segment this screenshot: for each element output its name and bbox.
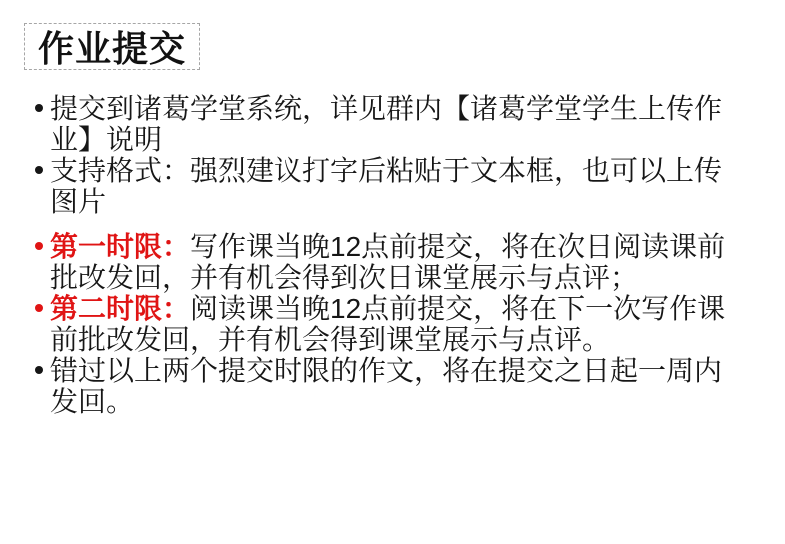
bullet-dot bbox=[35, 104, 43, 112]
bullet-item-format: 支持格式：强烈建议打字后粘贴于文本框，也可以上传 图片 bbox=[34, 155, 764, 217]
bullet-line: 提交到诸葛学堂系统，详见群内【诸葛学堂学生上传作 bbox=[50, 93, 764, 124]
deadline-1-lead: 第一时限： bbox=[50, 231, 190, 262]
bullet-line: 业】说明 bbox=[50, 124, 764, 155]
title-box: 作业提交 bbox=[24, 23, 200, 70]
deadline-1-text: 写作课当晚12点前提交，将在次日阅读课前 bbox=[190, 231, 725, 262]
bullet-item-missed-deadline: 错过以上两个提交时限的作文，将在提交之日起一周内 发回。 bbox=[34, 355, 764, 417]
bullet-dot bbox=[35, 304, 43, 312]
bullet-line: 错过以上两个提交时限的作文，将在提交之日起一周内 bbox=[50, 355, 764, 386]
bullet-item-deadline-1: 第一时限：写作课当晚12点前提交，将在次日阅读课前 批改发回，并有机会得到次日课… bbox=[34, 231, 764, 293]
slide-title: 作业提交 bbox=[38, 21, 186, 72]
bullet-line: 图片 bbox=[50, 186, 764, 217]
bullet-line: 第二时限：阅读课当晚12点前提交，将在下一次写作课 bbox=[50, 293, 764, 324]
deadline-2-text: 阅读课当晚12点前提交，将在下一次写作课 bbox=[190, 293, 725, 324]
bullet-dot bbox=[35, 166, 43, 174]
bullet-item-deadline-2: 第二时限：阅读课当晚12点前提交，将在下一次写作课 前批改发回，并有机会得到课堂… bbox=[34, 293, 764, 355]
bullet-line: 支持格式：强烈建议打字后粘贴于文本框，也可以上传 bbox=[50, 155, 764, 186]
bullet-line: 前批改发回，并有机会得到课堂展示与点评。 bbox=[50, 324, 764, 355]
bullet-item-submission: 提交到诸葛学堂系统，详见群内【诸葛学堂学生上传作 业】说明 bbox=[34, 93, 764, 155]
bullet-line: 批改发回，并有机会得到次日课堂展示与点评； bbox=[50, 262, 764, 293]
bullet-line: 第一时限：写作课当晚12点前提交，将在次日阅读课前 bbox=[50, 231, 764, 262]
bullet-dot bbox=[35, 366, 43, 374]
slide: 作业提交 提交到诸葛学堂系统，详见群内【诸葛学堂学生上传作 业】说明 支持格式：… bbox=[0, 0, 785, 544]
bullet-list: 提交到诸葛学堂系统，详见群内【诸葛学堂学生上传作 业】说明 支持格式：强烈建议打… bbox=[34, 93, 764, 417]
bullet-line: 发回。 bbox=[50, 386, 764, 417]
bullet-dot bbox=[35, 242, 43, 250]
deadline-2-lead: 第二时限： bbox=[50, 293, 190, 324]
